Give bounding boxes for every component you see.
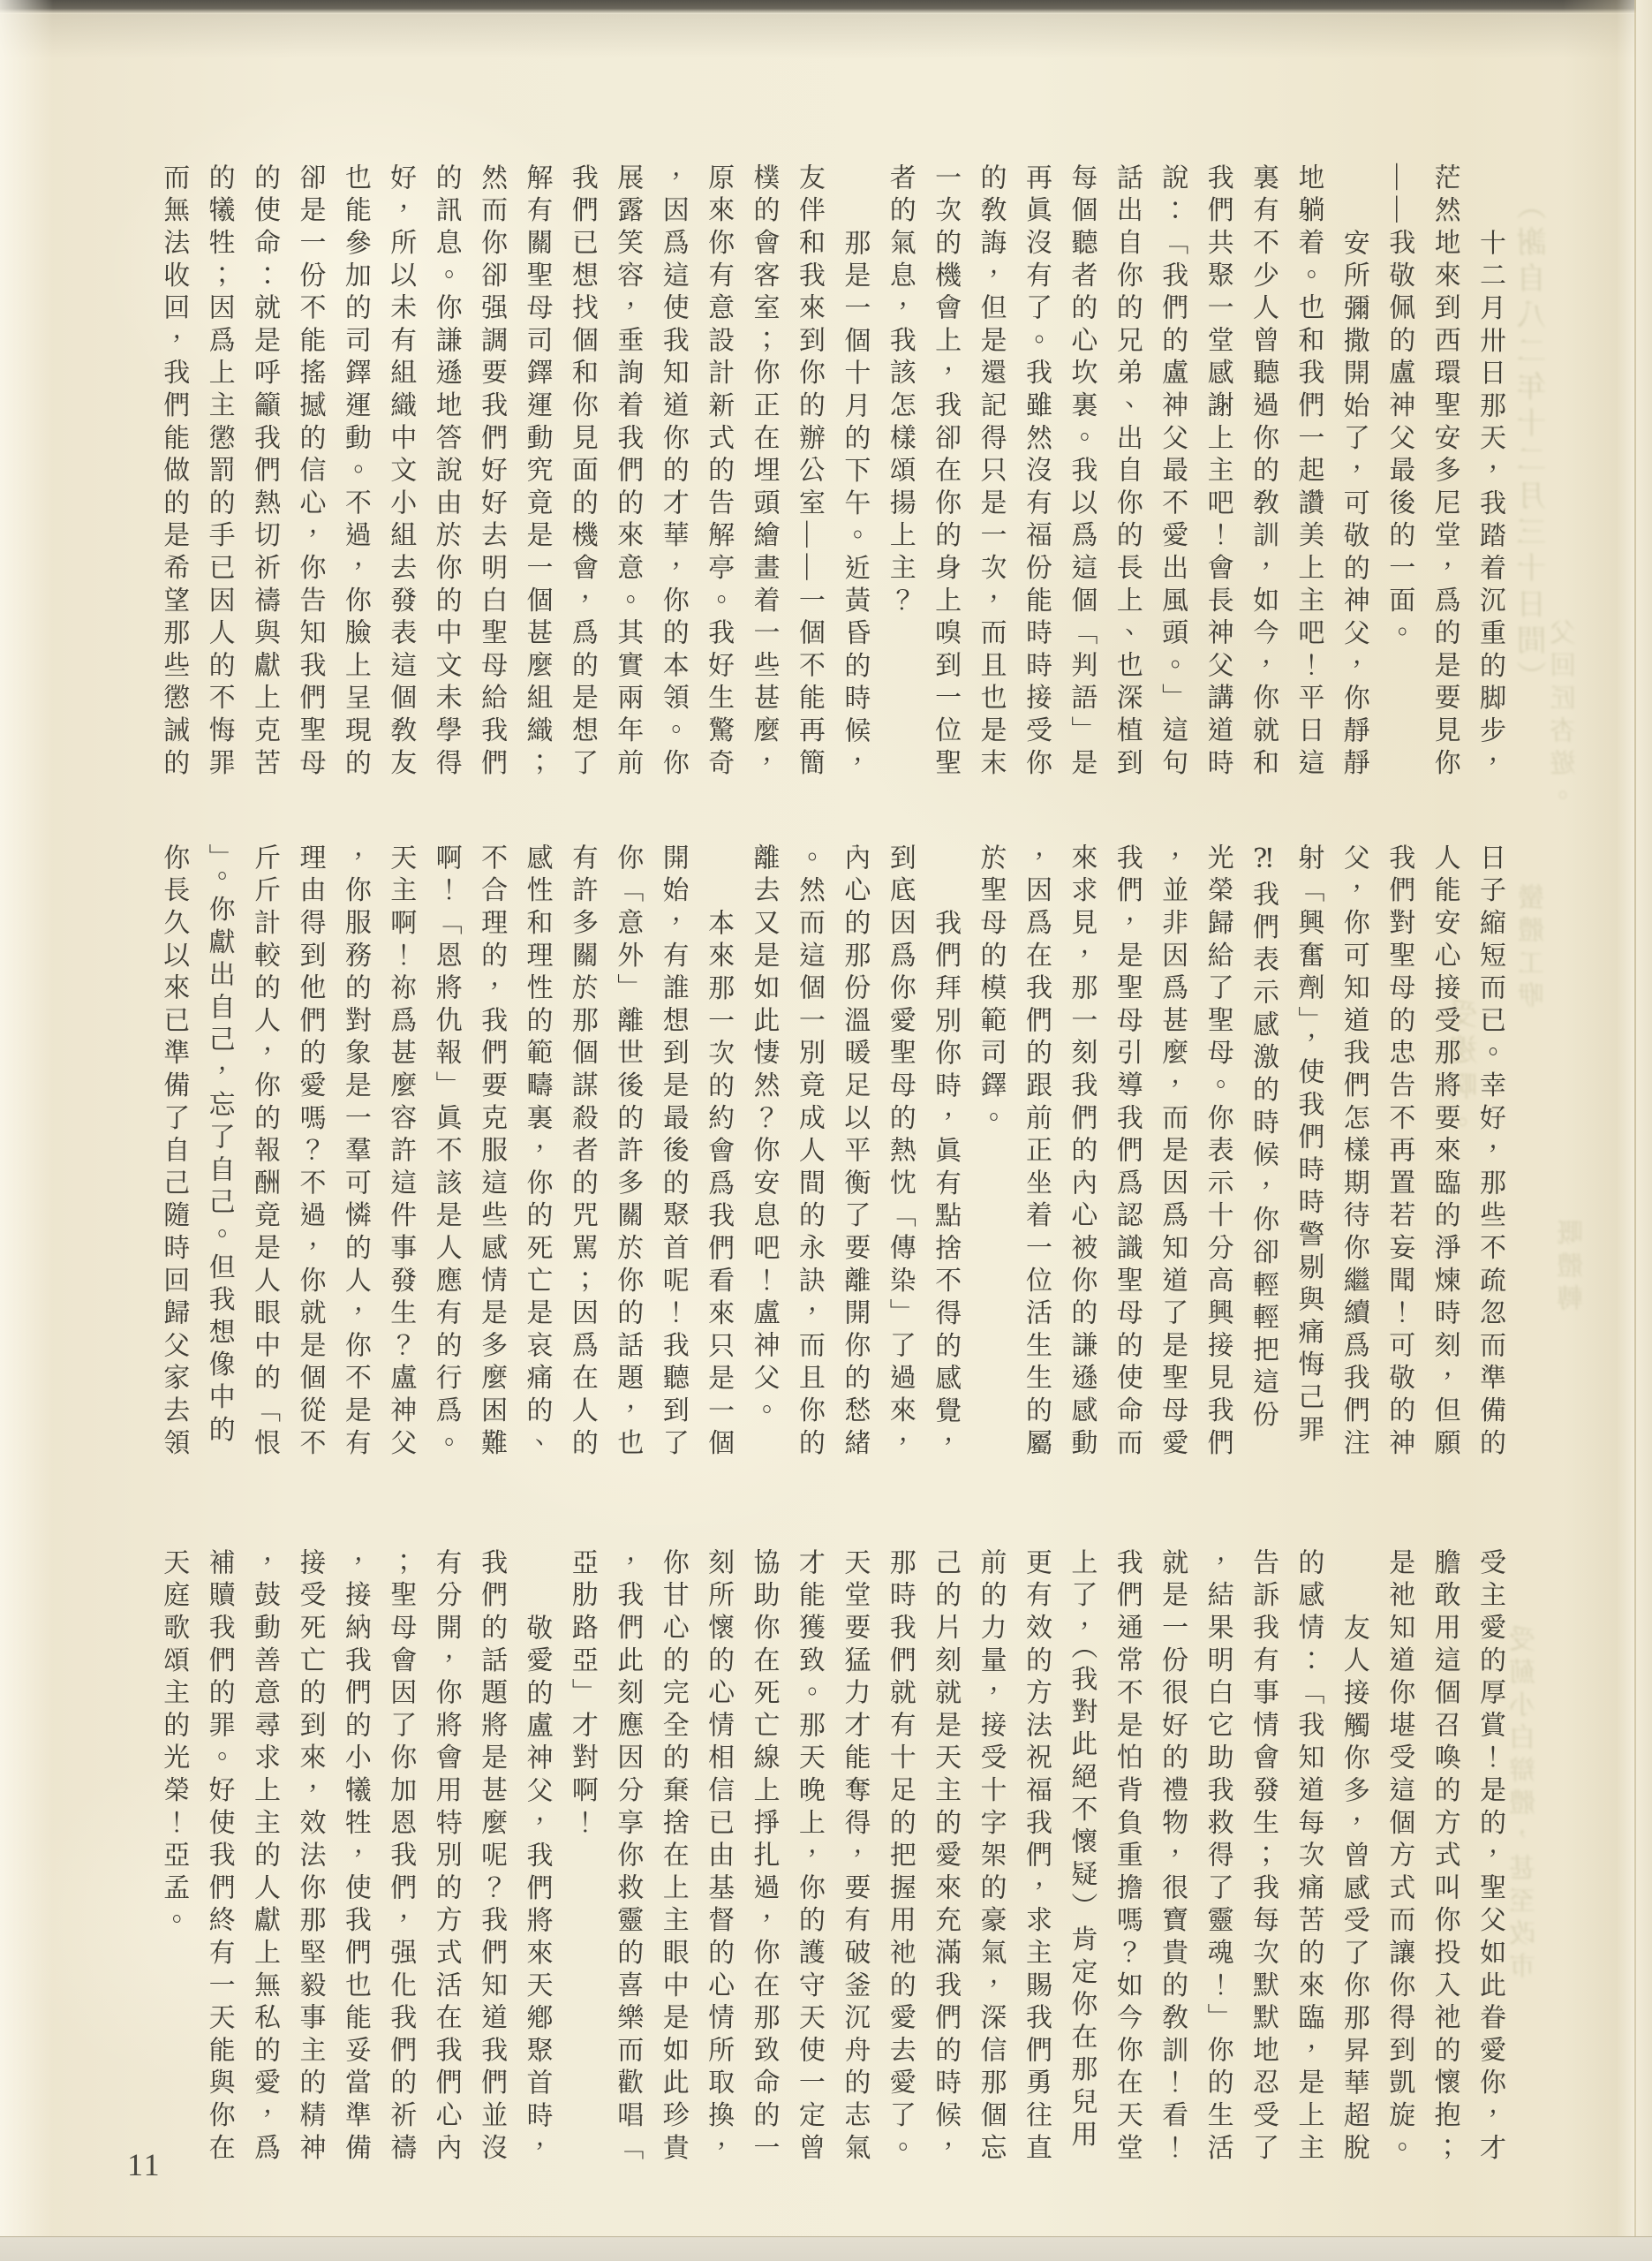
text-band-2: 日子縮短而已。幸好，那些不疏忽而準備的人能安心接受那將要來臨的淨煉時刻，但願我們…: [151, 843, 1512, 1464]
paragraph: 友人接觸你多，曾感受了你那昇華超脫的感情：「我知道每次痛苦的來臨，是上主告訴我有…: [559, 1548, 1376, 2169]
paragraph: 安所彌撒開始了，可敬的神父，你靜靜地躺着。也和我們一起讚美上主吧！平日這裏有不少…: [877, 163, 1376, 784]
page-right-edge: [1636, 0, 1652, 2236]
paragraph: 敬愛的盧神父，我們將來天鄕聚首時，我們的話題將是甚麼呢？我們知道我們並沒有分開，…: [151, 1548, 560, 2169]
paragraph: 日子縮短而已。幸好，那些不疏忽而準備的人能安心接受那將要來臨的淨煉時刻，但願我們…: [968, 843, 1512, 1464]
text-band-1: 十二月卅日那天，我踏着沉重的脚步，茫然地來到西環聖安多尼堂，爲的是要見你——我敬…: [151, 163, 1512, 784]
paragraph: 本來那一次的約會爲我們看來只是一個開始，有誰想到是最後的聚首呢！我聽到了你「意外…: [151, 843, 741, 1464]
page-left-edge-highlight: [0, 0, 53, 2261]
paragraph: 我們拜別你時，眞有點捨不得的感覺，到底因爲你愛聖母的熱忱「傳染」了過來，內心的那…: [741, 843, 968, 1464]
scan-top-edge: [0, 0, 1652, 14]
scanned-document-page: （謝自八二年十二月三十日間）父回匠杏遊。蠻體工咿受邊啊。受薊小白辯體，甚至改市嘅…: [0, 0, 1652, 2261]
scan-top-shadow: [0, 14, 1652, 58]
page-number: 11: [127, 2146, 162, 2183]
paragraph: 那是一個十月的下午。近黃昏的時候，友伴和我來到你的辦公室——一個不能再簡樸的會客…: [151, 163, 878, 784]
page-curve-shading: [1563, 0, 1634, 2236]
paragraph: 受主愛的厚賞！是的，聖父如此眷愛你，才膽敢用這個召喚的方式叫你投入祂的懷抱；是祂…: [1377, 1548, 1512, 2169]
scan-bottom-edge: [0, 2236, 1652, 2261]
text-band-3: 受主愛的厚賞！是的，聖父如此眷愛你，才膽敢用這個召喚的方式叫你投入祂的懷抱；是祂…: [151, 1548, 1512, 2169]
paragraph: 十二月卅日那天，我踏着沉重的脚步，茫然地來到西環聖安多尼堂，爲的是要見你——我敬…: [1377, 163, 1512, 784]
